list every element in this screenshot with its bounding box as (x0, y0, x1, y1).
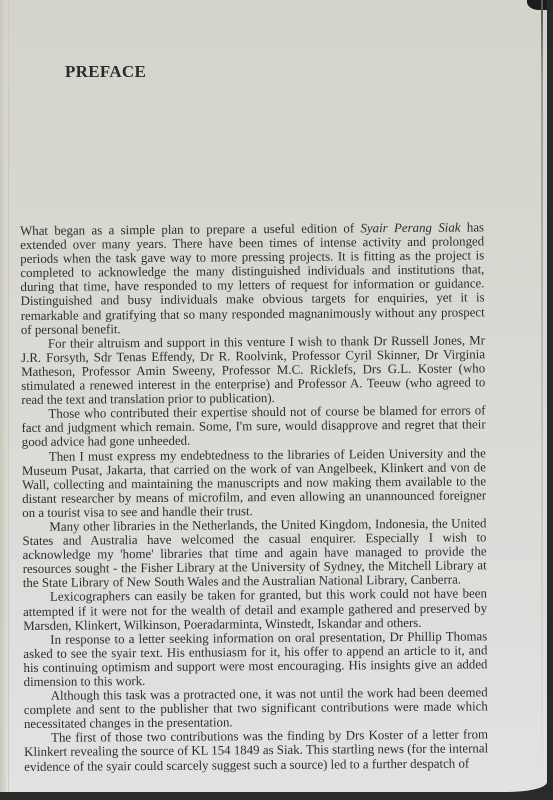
paragraph-7: In response to a letter seeking informat… (23, 629, 487, 689)
page-heading: PREFACE (65, 62, 146, 82)
preface-body: What began as a simple plan to prepare a… (20, 220, 488, 773)
page-edge (541, 0, 543, 792)
paragraph-3: Those who contributed their expertise sh… (21, 404, 485, 450)
paragraph-6: Lexicographers can easily be taken for g… (23, 587, 487, 633)
book-title-italic: Syair Perang Siak (360, 221, 460, 236)
paragraph-4: Then I must express my endebtedness to t… (22, 446, 487, 520)
book-page: PREFACE What began as a simple plan to p… (0, 0, 547, 792)
paragraph-1: What began as a simple plan to prepare a… (20, 220, 485, 336)
paragraph-9: The first of those two contributions was… (24, 728, 488, 774)
paragraph-8: Although this task was a protracted one,… (24, 685, 488, 731)
paragraph-2: For their altruism and support in this v… (21, 333, 486, 407)
page-corner-shadow (527, 0, 547, 10)
paragraph-text: has extended over many years. There have… (20, 220, 485, 336)
paragraph-5: Many other libraries in the Netherlands,… (22, 516, 487, 590)
